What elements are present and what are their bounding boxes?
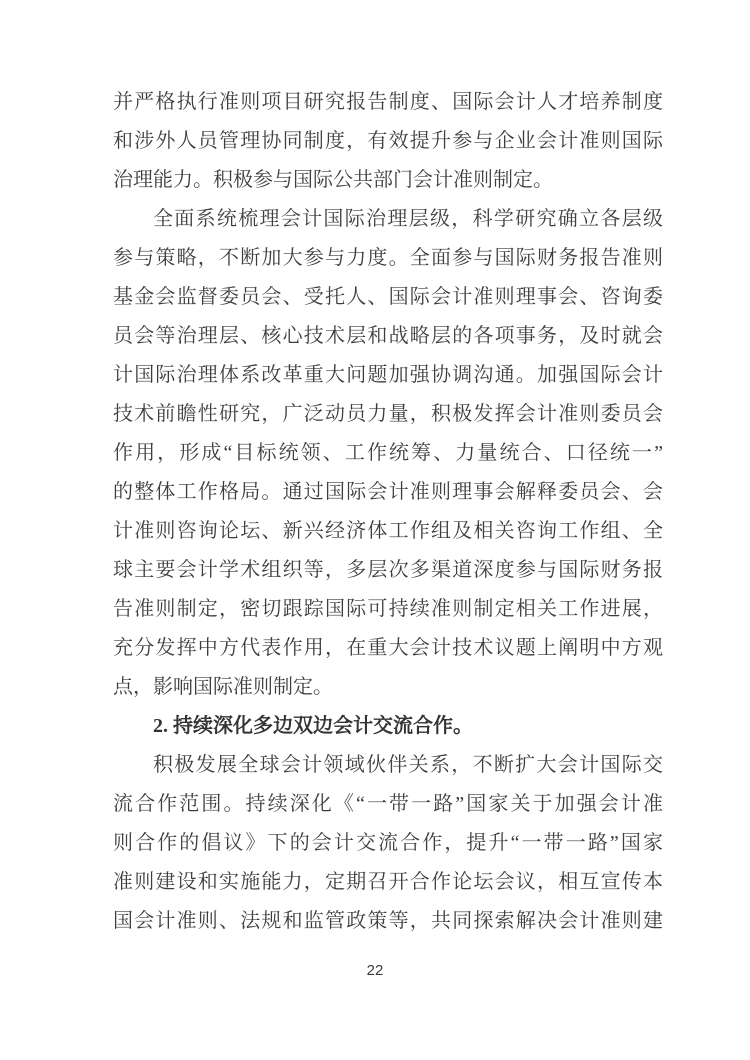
text-line: 的整体工作格局。通过国际会计准则理事会解释委员会、会	[113, 473, 663, 512]
text-line: 计准则咨询论坛、新兴经济体工作组及相关咨询工作组、全	[113, 512, 663, 551]
text-line: 技术前瞻性研究，广泛动员力量，积极发挥会计准则委员会	[113, 395, 663, 434]
text-line: 点，影响国际准则制定。	[113, 668, 663, 707]
text-line: 基金会监督委员会、受托人、国际会计准则理事会、咨询委	[113, 278, 663, 317]
text-line: 员会等治理层、核心技术层和战略层的各项事务，及时就会	[113, 317, 663, 356]
text-line: 并严格执行准则项目研究报告制度、国际会计人才培养制度	[113, 83, 663, 122]
text-line: 告准则制定，密切跟踪国际可持续准则制定相关工作进展，	[113, 590, 663, 629]
text-line: 2. 持续深化多边双边会计交流合作。	[113, 707, 663, 746]
text-line: 准则建设和实施能力，定期召开合作论坛会议，相互宣传本	[113, 863, 663, 902]
text-line: 充分发挥中方代表作用，在重大会计技术议题上阐明中方观	[113, 629, 663, 668]
text-line: 作用，形成“目标统领、工作统筹、力量统合、口径统一”	[113, 434, 663, 473]
text-line: 参与策略，不断加大参与力度。全面参与国际财务报告准则	[113, 239, 663, 278]
paragraph: 全面系统梳理会计国际治理层级，科学研究确立各层级参与策略，不断加大参与力度。全面…	[113, 200, 663, 707]
paragraph: 并严格执行准则项目研究报告制度、国际会计人才培养制度和涉外人员管理协同制度，有效…	[113, 83, 663, 200]
section-heading: 2. 持续深化多边双边会计交流合作。	[113, 707, 663, 746]
text-line: 流合作范围。持续深化《“一带一路”国家关于加强会计准	[113, 785, 663, 824]
text-line: 球主要会计学术组织等，多层次多渠道深度参与国际财务报	[113, 551, 663, 590]
page-footer: 22	[0, 962, 750, 980]
text-line: 治理能力。积极参与国际公共部门会计准则制定。	[113, 161, 663, 200]
text-line: 积极发展全球会计领域伙伴关系，不断扩大会计国际交	[113, 746, 663, 785]
text-line: 计国际治理体系改革重大问题加强协调沟通。加强国际会计	[113, 356, 663, 395]
text-block: 并严格执行准则项目研究报告制度、国际会计人才培养制度和涉外人员管理协同制度，有效…	[113, 83, 663, 941]
text-line: 国会计准则、法规和监管政策等，共同探索解决会计准则建	[113, 902, 663, 941]
document-page: 并严格执行准则项目研究报告制度、国际会计人才培养制度和涉外人员管理协同制度，有效…	[0, 0, 750, 1060]
text-line: 和涉外人员管理协同制度，有效提升参与企业会计准则国际	[113, 122, 663, 161]
text-line: 全面系统梳理会计国际治理层级，科学研究确立各层级	[113, 200, 663, 239]
page-number: 22	[367, 962, 384, 979]
text-line: 则合作的倡议》下的会计交流合作，提升“一带一路”国家	[113, 824, 663, 863]
paragraph: 积极发展全球会计领域伙伴关系，不断扩大会计国际交流合作范围。持续深化《“一带一路…	[113, 746, 663, 941]
